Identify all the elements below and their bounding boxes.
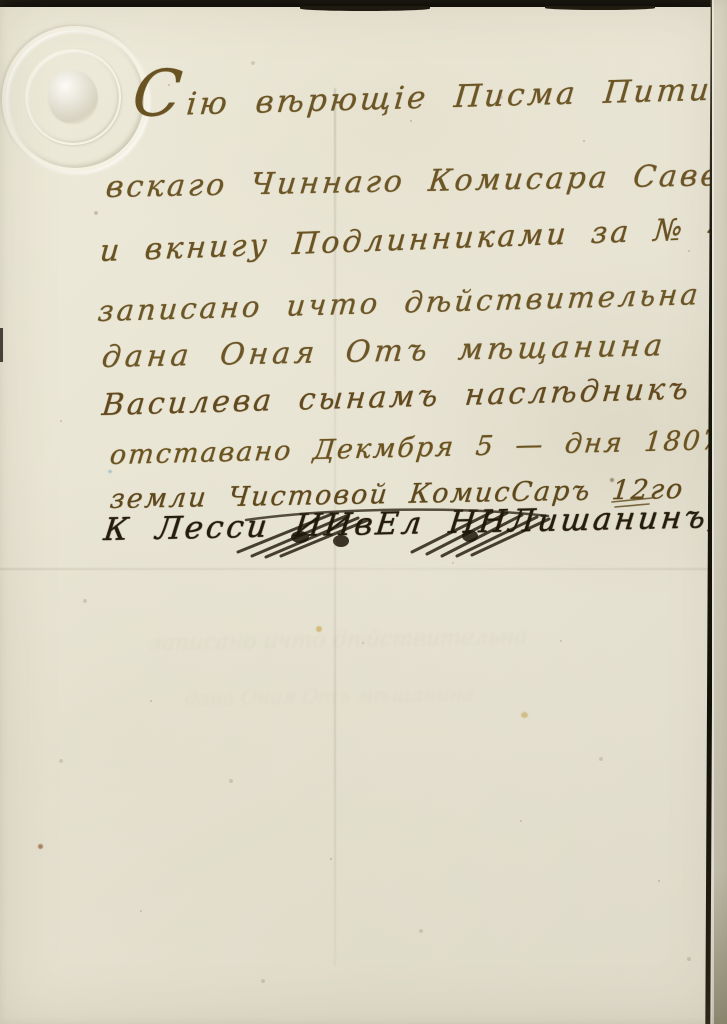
horizontal-fold-crease (0, 568, 710, 570)
paper-stain (610, 478, 614, 482)
embossed-seal-emblem (48, 70, 98, 124)
underlying-page-edge (712, 0, 727, 1024)
embossed-seal-icon (2, 26, 148, 172)
manuscript-line: и вкнигу Подлинниками за № 447 (98, 209, 727, 269)
paper-stain (316, 626, 322, 632)
paper-stain (38, 844, 43, 849)
vertical-fold-crease (334, 88, 336, 966)
paper-stain (521, 712, 528, 718)
show-through-text: записано ичто дѣйствительна (149, 625, 529, 657)
paper-speckles (0, 0, 2, 2)
manuscript-line: Василева сынамъ наслѣдникъ (100, 371, 692, 423)
manuscript-line: дана Оная Отъ мѣщанина (100, 328, 668, 375)
manuscript-line: Сію вѣрющіе Писма Питиропавло (130, 67, 727, 124)
scan-left-edge (0, 328, 3, 362)
manuscript-line-date: отставано Декмбря 5 — дня 1807 год (108, 423, 727, 471)
show-through-text: дана Оная Отъ мѣщанина (184, 681, 476, 710)
scan-top-edge (0, 0, 727, 7)
manuscript-page: Сію вѣрющіе Писма Питиропавло вскаго Чин… (0, 0, 727, 1024)
manuscript-line: вскаго Чиннаго Комисара Савелена (104, 156, 727, 205)
manuscript-line: записано ичто дѣйствительна (96, 277, 702, 328)
paper-stain (108, 470, 112, 473)
